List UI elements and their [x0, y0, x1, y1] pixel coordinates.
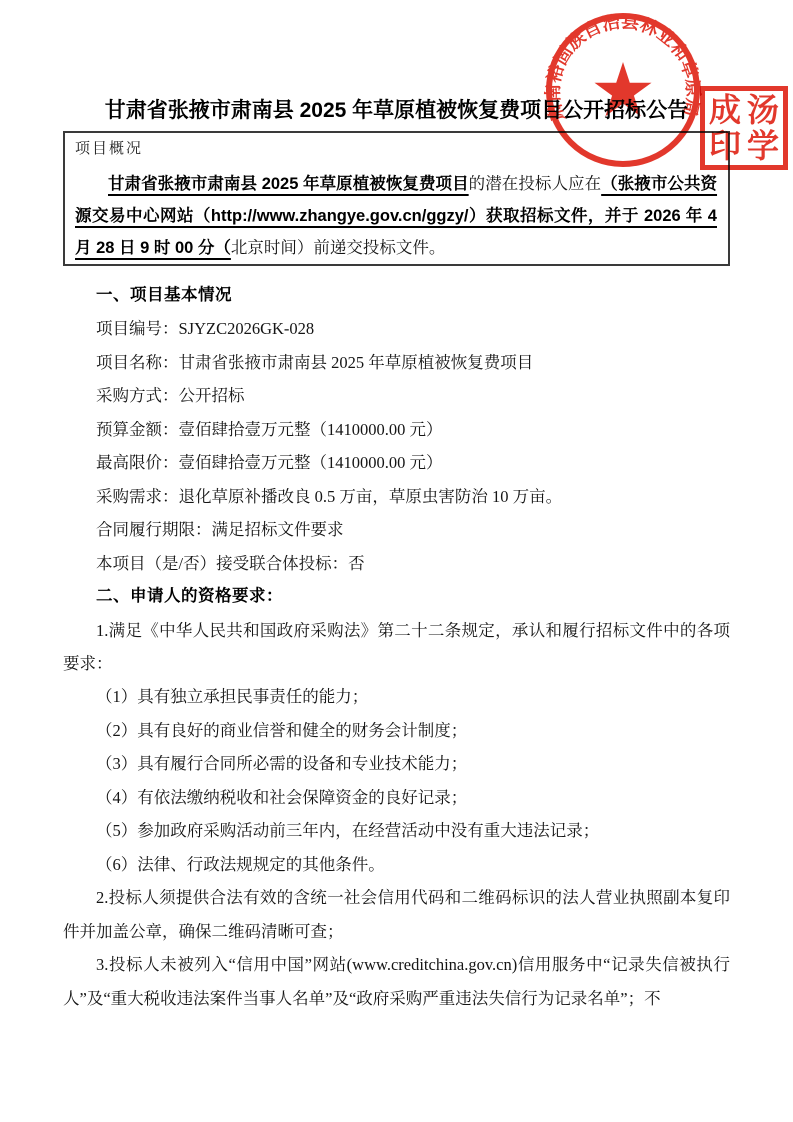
name-seal-char-3: 印 — [709, 128, 741, 165]
document-page: { "page": { "title": "甘肃省张掖市肃南县 2025 年草原… — [0, 0, 793, 1122]
section-2-heading: 二、申请人的资格要求： — [63, 580, 730, 613]
name-seal-char-1: 成 — [709, 92, 741, 129]
requirement-1-1: （1）具有独立承担民事责任的能力； — [63, 680, 730, 713]
field-project-name: 项目名称：甘肃省张掖市肃南县 2025 年草原植被恢复费项目 — [63, 346, 730, 379]
requirement-1-3: （3）具有履行合同所必需的设备和专业技术能力； — [63, 747, 730, 780]
overview-text-plain-2: 北京时间）前递交投标文件。 — [231, 238, 446, 257]
field-procurement-demand: 采购需求：退化草原补播改良 0.5 万亩，草原虫害防治 10 万亩。 — [63, 480, 730, 513]
overview-project-name: 甘肃省张掖市肃南县 2025 年草原植被恢复费项目 — [108, 175, 469, 193]
name-seal-stamp: 成 汤 印 学 — [700, 86, 788, 170]
overview-text-plain-1: 的潜在投标人应在 — [469, 174, 602, 193]
name-seal-char-4: 学 — [747, 128, 779, 165]
requirement-3: 3.投标人未被列入“信用中国”网站(www.creditchina.gov.cn… — [63, 948, 730, 1015]
requirement-1-2: （2）具有良好的商业信誉和健全的财务会计制度； — [63, 714, 730, 747]
requirement-2: 2.投标人须提供合法有效的含统一社会信用代码和二维码标识的法人营业执照副本复印件… — [63, 881, 730, 948]
requirement-1: 1.满足《中华人民共和国政府采购法》第二十二条规定，承认和履行招标文件中的各项要… — [63, 614, 730, 681]
field-max-price: 最高限价：壹佰肆拾壹万元整（1410000.00 元） — [63, 446, 730, 479]
official-seal-stamp: 肃南裕固族自治县林业和草原局 — [543, 6, 703, 170]
field-procurement-method: 采购方式：公开招标 — [63, 379, 730, 412]
requirement-1-6: （6）法律、行政法规规定的其他条件。 — [63, 848, 730, 881]
field-consortium-bid: 本项目（是/否）接受联合体投标：否 — [63, 547, 730, 580]
star-icon — [595, 62, 652, 116]
field-project-number: 项目编号：SJYZC2026GK-028 — [63, 312, 730, 345]
field-budget-amount: 预算金额：壹佰肆拾壹万元整（1410000.00 元） — [63, 413, 730, 446]
field-contract-period: 合同履行期限：满足招标文件要求 — [63, 513, 730, 546]
name-seal-char-2: 汤 — [747, 92, 779, 129]
requirement-1-5: （5）参加政府采购活动前三年内，在经营活动中没有重大违法记录； — [63, 814, 730, 847]
document-body: 一、项目基本情况 项目编号：SJYZC2026GK-028 项目名称：甘肃省张掖… — [63, 279, 730, 1015]
section-1-heading: 一、项目基本情况 — [63, 279, 730, 312]
overview-paragraph: 甘肃省张掖市肃南县 2025 年草原植被恢复费项目的潜在投标人应在（张掖市公共资… — [75, 168, 717, 264]
requirement-1-4: （4）有依法缴纳税收和社会保障资金的良好记录； — [63, 781, 730, 814]
